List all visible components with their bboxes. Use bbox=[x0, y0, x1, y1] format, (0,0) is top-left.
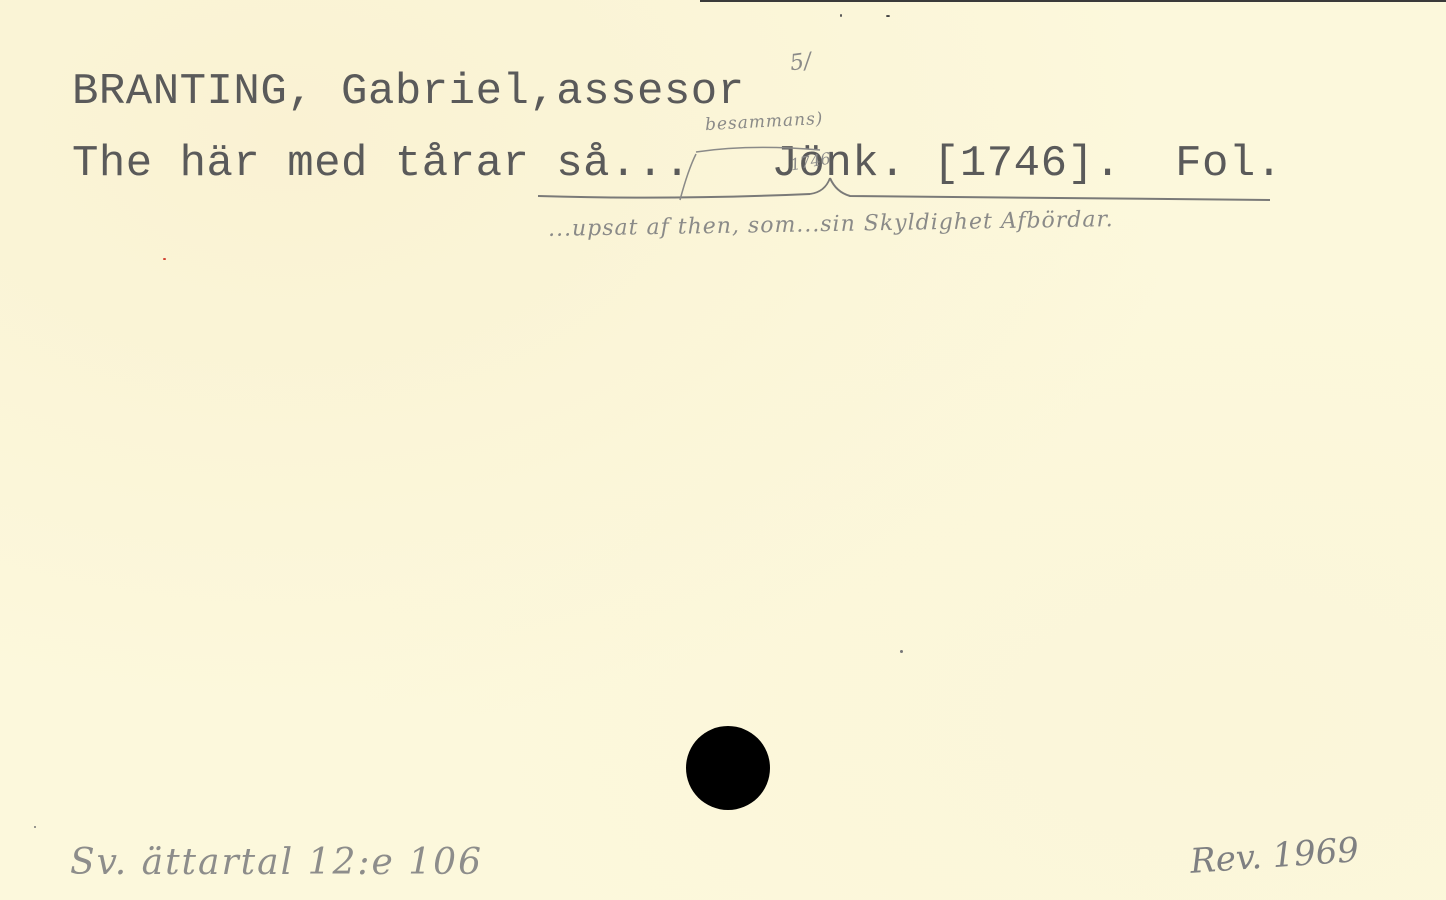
paper-speck bbox=[840, 14, 842, 17]
paper-speck bbox=[163, 258, 166, 260]
card-heading: BRANTING, Gabriel,assesor bbox=[72, 62, 745, 122]
card-top-edge bbox=[700, 0, 1446, 2]
shelf-mark-annotation: Sv. ättartal 12:e 106 bbox=[70, 842, 483, 883]
paper-speck bbox=[34, 826, 36, 828]
paper-speck bbox=[900, 650, 903, 653]
revision-note-annotation: Rev. 1969 bbox=[1189, 830, 1360, 882]
paper-speck bbox=[886, 15, 890, 17]
spelling-correction-annotation: 5/ bbox=[788, 49, 813, 77]
card-punch-hole bbox=[686, 726, 770, 810]
catalog-card: BRANTING, Gabriel,assesor 5/ besammans) … bbox=[0, 0, 1446, 900]
